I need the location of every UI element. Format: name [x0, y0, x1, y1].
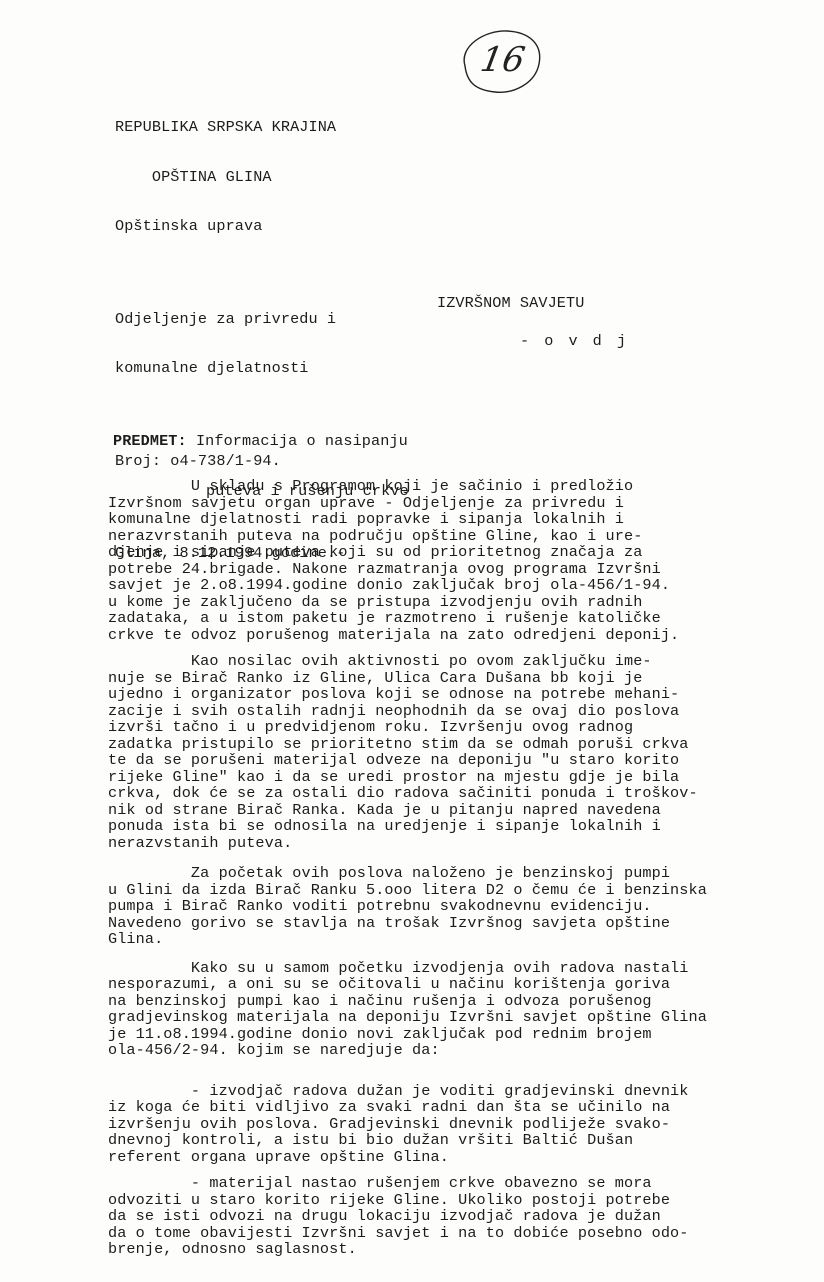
body-line: djenje i sipanje puteva koji su od prior… — [108, 544, 707, 561]
body-line: Navedeno gorivo se stavlja na trošak Izv… — [108, 915, 707, 932]
body-line: dnevnoj kontroli, a istu bi bio dužan vr… — [108, 1132, 707, 1149]
department-line: Odjeljenje za privredu i — [115, 311, 345, 328]
body-line: potrebe 24.brigade. Nakone razmatranja o… — [108, 561, 707, 578]
letterhead-line: REPUBLIKA SRPSKA KRAJINA — [115, 119, 345, 136]
body-line: rijeke Gline" kao i da se uredi prostor … — [108, 769, 707, 786]
body-line: te da se porušeni materijal odveze na de… — [108, 752, 707, 769]
body-line: ola-456/2-94. kojim se naredjuje da: — [108, 1042, 707, 1059]
body-line: brenje, odnosno saglasnost. — [108, 1241, 707, 1258]
recipient-location: - o v d j — [520, 333, 629, 350]
body-paragraph: U skladu s Programom koji je sačinio i p… — [108, 478, 707, 643]
body-paragraph: - materijal nastao rušenjem crkve obavez… — [108, 1175, 707, 1258]
body-line: zadataka, a u istom paketu je razmotreno… — [108, 610, 707, 627]
body-line: savjet je 2.o8.1994.godine donio zaključ… — [108, 577, 707, 594]
body-paragraph: Kao nosilac ovih aktivnosti po ovom zakl… — [108, 653, 707, 851]
letterhead-line: Opštinska uprava — [115, 218, 345, 235]
scanned-document-page: 16 REPUBLIKA SRPSKA KRAJINA OPŠTINA GLIN… — [0, 0, 824, 1282]
body-line: u Glini da izda Birač Ranku 5.ooo litera… — [108, 882, 707, 899]
body-line: ponuda ista bi se odnosila na uredjenje … — [108, 818, 707, 835]
body-line: pumpa i Birač Ranko voditi potrebnu svak… — [108, 898, 707, 915]
body-line: Kao nosilac ovih aktivnosti po ovom zakl… — [108, 653, 707, 670]
body-line: nerazvstanih puteva. — [108, 835, 707, 852]
body-line: gradjevinskog materijala na deponiju Izv… — [108, 1009, 707, 1026]
body-line: Za početak ovih poslova naloženo je benz… — [108, 865, 707, 882]
body-line: je 11.o8.1994.godine donio novi zaključa… — [108, 1026, 707, 1043]
body-paragraph: Za početak ovih poslova naloženo je benz… — [108, 865, 707, 948]
body-line: da o tome obavijesti Izvršni savjet i na… — [108, 1225, 707, 1242]
handwritten-page-number: 16 — [455, 26, 543, 98]
body-line: crkva, dok će se za ostali dio radova sa… — [108, 785, 707, 802]
body-line: - izvodjač radova dužan je voditi gradje… — [108, 1083, 707, 1100]
body-line: nuje se Birač Ranko iz Gline, Ulica Cara… — [108, 670, 707, 687]
body-line: izvršenju ovih poslova. Gradjevinski dne… — [108, 1116, 707, 1133]
body-paragraph: Kako su u samom početku izvodjenja ovih … — [108, 960, 707, 1059]
body-line: u kome je zaključeno da se pristupa izvo… — [108, 594, 707, 611]
page-number-text: 16 — [477, 40, 527, 80]
body-line: komunalne djelatnosti radi popravke i si… — [108, 511, 707, 528]
body-line: izvrši tačno i u predvidjenom roku. Izvr… — [108, 719, 707, 736]
department-line: komunalne djelatnosti — [115, 360, 345, 377]
subject-label: PREDMET: — [113, 432, 187, 450]
body-line: ujedno i organizator poslova koji se odn… — [108, 686, 707, 703]
body-line: referent organa uprave opštine Glina. — [108, 1149, 707, 1166]
letterhead-line: OPŠTINA GLINA — [115, 169, 345, 186]
body-line: da se isti odvozi na drugu lokaciju izvo… — [108, 1208, 707, 1225]
body-line: zacije i svih ostalih radnji neophodnih … — [108, 703, 707, 720]
body-line: odvoziti u staro korito rijeke Gline. Uk… — [108, 1192, 707, 1209]
body-line: nerazvrstanih puteva na području opštine… — [108, 528, 707, 545]
body-line: - materijal nastao rušenjem crkve obavez… — [108, 1175, 707, 1192]
body-line: Izvršnom savjetu organ uprave - Odjeljen… — [108, 495, 707, 512]
body-line: nesporazumi, a oni su se očitovali u nač… — [108, 976, 707, 993]
subject-line: Informacija o nasipanju — [196, 432, 408, 450]
body-line: Glina. — [108, 931, 707, 948]
body-line: na benzinskoj pumpi kao i načinu rušenja… — [108, 993, 707, 1010]
body-line: iz koga će biti vidljivo za svaki radni … — [108, 1099, 707, 1116]
document-body: U skladu s Programom koji je sačinio i p… — [108, 478, 707, 1258]
body-line: zadatka pristupilo se prioritetno stim d… — [108, 736, 707, 753]
body-line: nik od strane Birač Ranka. Kada je u pit… — [108, 802, 707, 819]
body-paragraph: - izvodjač radova dužan je voditi gradje… — [108, 1083, 707, 1166]
body-line: crkve te odvoz porušenog materijala na z… — [108, 627, 707, 644]
body-line: Kako su u samom početku izvodjenja ovih … — [108, 960, 707, 977]
recipient-name: IZVRŠNOM SAVJETU — [437, 295, 584, 312]
body-line: U skladu s Programom koji je sačinio i p… — [108, 478, 707, 495]
